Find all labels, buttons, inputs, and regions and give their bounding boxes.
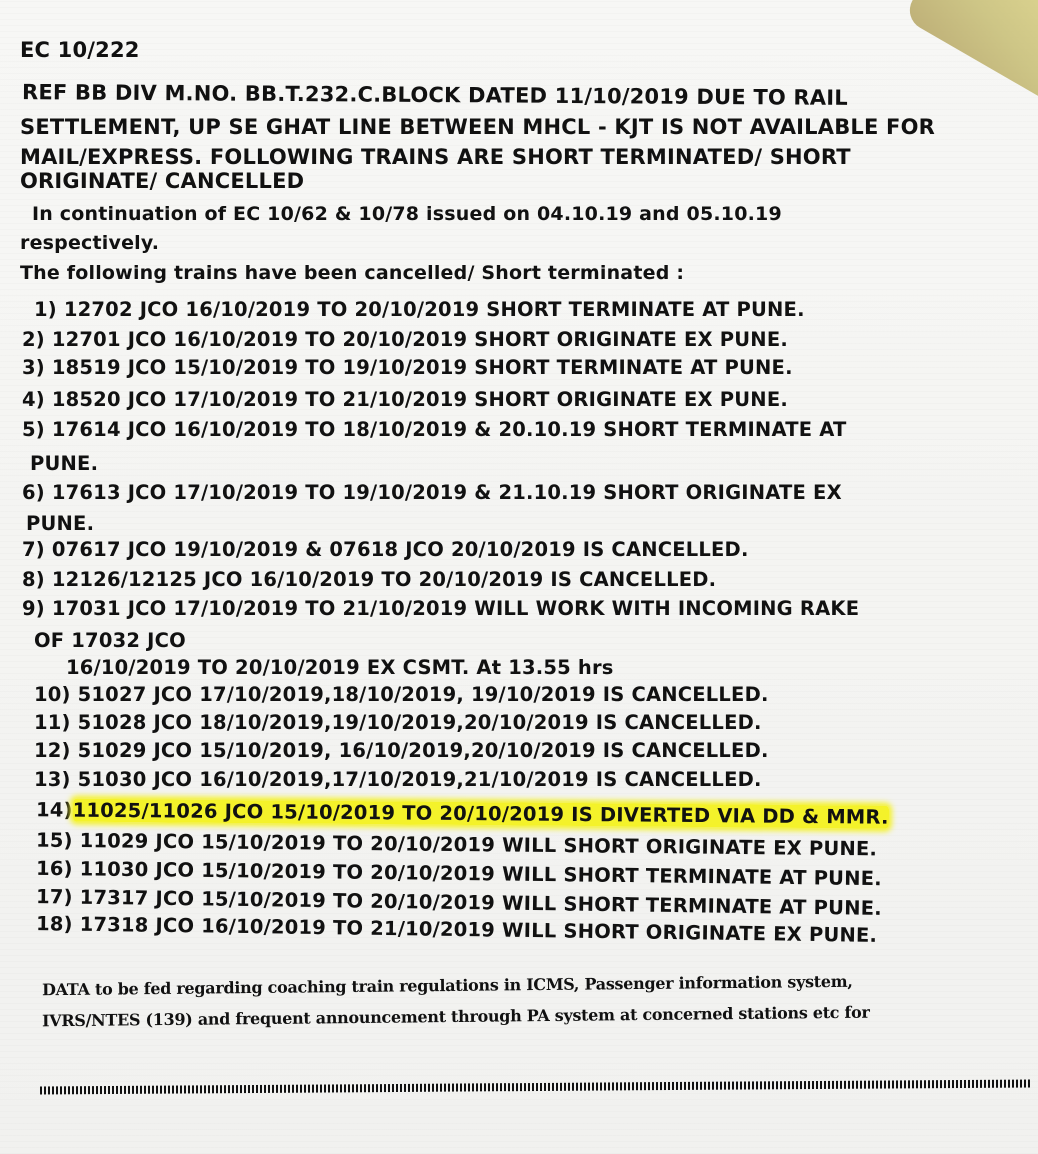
train-list-item: 2) 12701 JCO 16/10/2019 TO 20/10/2019 SH…	[22, 328, 788, 351]
train-list-item: PUNE.	[30, 452, 98, 475]
train-list-item: PUNE.	[26, 512, 94, 535]
reference-line: SETTLEMENT, UP SE GHAT LINE BETWEEN MHCL…	[20, 115, 935, 139]
reference-line: ORIGINATE/ CANCELLED	[20, 169, 304, 193]
train-list-item: 9) 17031 JCO 17/10/2019 TO 21/10/2019 WI…	[22, 597, 859, 620]
train-list-item: 13) 51030 JCO 16/10/2019,17/10/2019,21/1…	[34, 768, 762, 791]
train-list-item: 10) 51027 JCO 17/10/2019,18/10/2019, 19/…	[34, 683, 769, 706]
train-list-item: 4) 18520 JCO 17/10/2019 TO 21/10/2019 SH…	[22, 388, 788, 411]
train-list-item: 12) 51029 JCO 15/10/2019, 16/10/2019,20/…	[34, 739, 769, 762]
train-list-item: 6) 17613 JCO 17/10/2019 TO 19/10/2019 & …	[22, 481, 842, 504]
train-list-item: 5) 17614 JCO 16/10/2019 TO 18/10/2019 & …	[22, 418, 847, 441]
train-list-item: 16/10/2019 TO 20/10/2019 EX CSMT. At 13.…	[66, 656, 614, 679]
train-list-item: OF 17032 JCO	[34, 629, 186, 652]
train-list-item: 8) 12126/12125 JCO 16/10/2019 TO 20/10/2…	[22, 568, 716, 591]
intro-line: The following trains have been cancelled…	[20, 262, 684, 284]
ec-number: EC 10/222	[20, 38, 140, 62]
train-list-item: 7) 07617 JCO 19/10/2019 & 07618 JCO 20/1…	[22, 538, 749, 561]
continuation-line: respectively.	[20, 232, 159, 254]
train-list-item: 1) 12702 JCO 16/10/2019 TO 20/10/2019 SH…	[34, 298, 805, 321]
reference-line: MAIL/EXPRESS. FOLLOWING TRAINS ARE SHORT…	[20, 145, 851, 169]
train-list-item: 11) 51028 JCO 18/10/2019,19/10/2019,20/1…	[34, 711, 762, 734]
continuation-line: In continuation of EC 10/62 & 10/78 issu…	[32, 203, 782, 225]
train-list-item: 3) 18519 JCO 15/10/2019 TO 19/10/2019 SH…	[22, 356, 793, 379]
